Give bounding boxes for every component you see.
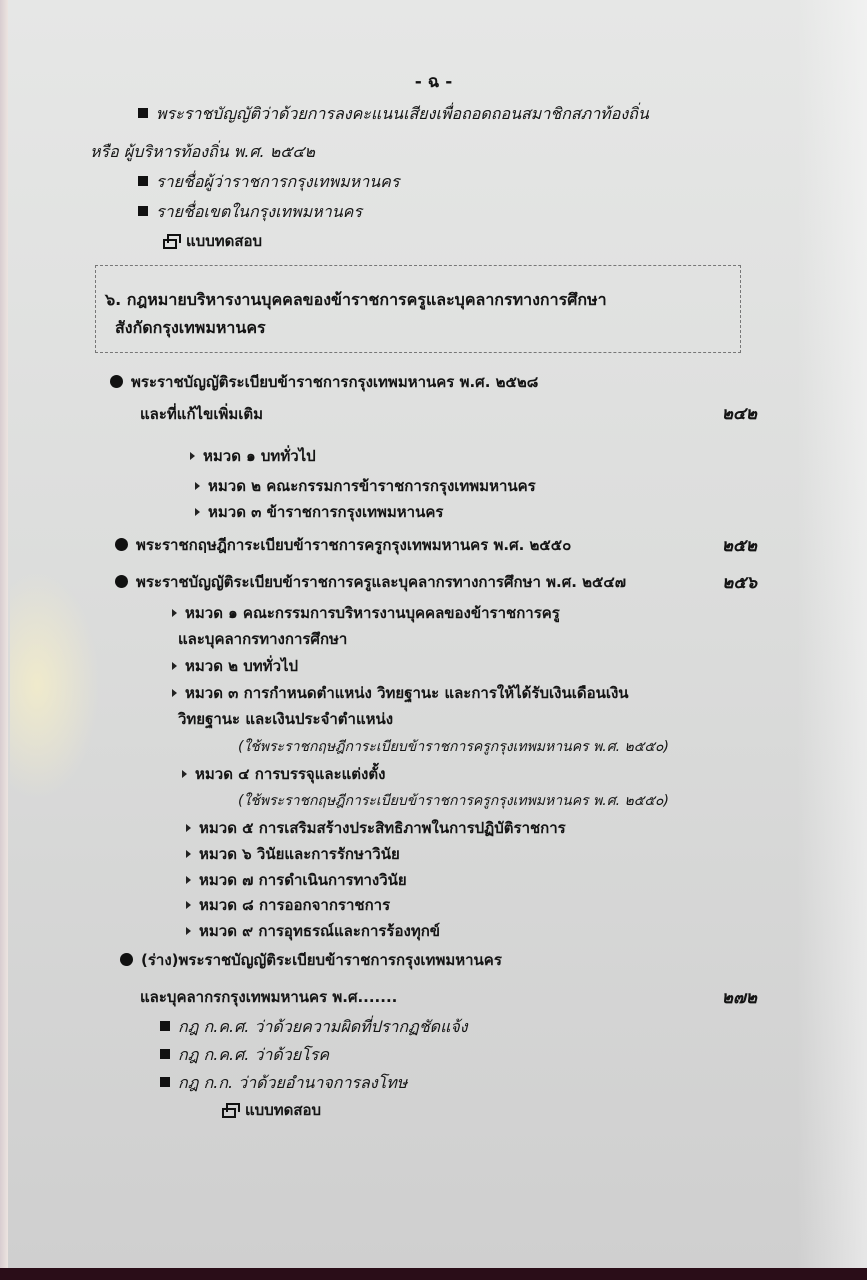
square-bullet-icon (160, 1049, 170, 1059)
section-title: ๖. กฎหมายบริหารงานบุคคลของข้าราชการครูแล… (105, 288, 607, 313)
triangle-bullet-icon (172, 689, 177, 697)
toc-entry[interactable]: พระราชกฤษฎีการะเบียบข้าราชการครูกรุงเทพม… (115, 533, 571, 557)
toc-entry-title: (ร่าง)พระราชบัญญัติระเบียบข้าราชการกรุงเ… (141, 951, 502, 969)
chapter-item[interactable]: หมวด ๖ วินัยและการรักษาวินัย (186, 842, 400, 866)
sub-item[interactable]: กฎ ก.ค.ศ. ว่าด้วยความผิดที่ปรากฏชัดแจ้ง (160, 1015, 468, 1040)
chapter-text: หมวด ๗ การดำเนินการทางวินัย (199, 871, 407, 889)
toc-item[interactable]: รายชื่อผู้ว่าราชการกรุงเทพมหานคร (138, 170, 399, 195)
triangle-bullet-icon (186, 876, 191, 884)
triangle-bullet-icon (186, 824, 191, 832)
triangle-bullet-icon (186, 927, 191, 935)
square-bullet-icon (160, 1021, 170, 1031)
chapter-text: หมวด ๘ การออกจากราชการ (199, 896, 390, 914)
chapter-text: หมวด ๒ บททั่วไป (185, 657, 298, 675)
toc-entry-continuation: และที่แก้ไขเพิ่มเติม (140, 402, 263, 426)
circle-bullet-icon (110, 375, 123, 388)
section-title-continuation: สังกัดกรุงเทพมหานคร (115, 316, 266, 341)
toc-entry-title: พระราชบัญญัติระเบียบข้าราชการครูและบุคลา… (136, 573, 626, 591)
chapter-item[interactable]: หมวด ๒ บททั่วไป (172, 654, 298, 678)
chapter-item[interactable]: หมวด ๓ การกำหนดตำแหน่ง วิทยฐานะ และการให… (172, 681, 629, 705)
toc-entry-title: พระราชกฤษฎีการะเบียบข้าราชการครูกรุงเทพม… (136, 536, 571, 554)
triangle-bullet-icon (190, 452, 195, 460)
toc-entry-continuation: และบุคลากรกรุงเทพมหานคร พ.ศ....... (140, 985, 397, 1009)
toc-item-continuation: หรือ ผู้บริหารท้องถิ่น พ.ศ. ๒๕๔๒ (90, 140, 315, 165)
sub-item-text: กฎ ก.ก. ว่าด้วยอำนาจการลงโทษ (178, 1073, 407, 1092)
chapter-text: หมวด ๙ การอุทธรณ์และการร้องทุกข์ (199, 922, 440, 940)
page-number: ๒๕๖ (722, 569, 757, 596)
chapter-item[interactable]: หมวด ๑ บททั่วไป (190, 444, 316, 468)
quiz-link[interactable]: แบบทดสอบ (222, 1098, 321, 1122)
toc-item[interactable]: รายชื่อเขตในกรุงเทพมหานคร (138, 200, 362, 225)
toc-item[interactable]: พระราชบัญญัติว่าด้วยการลงคะแนนเสียงเพื่อ… (138, 102, 649, 127)
triangle-bullet-icon (172, 609, 177, 617)
chapter-item[interactable]: หมวด ๑ คณะกรรมการบริหารงานบุคคลของข้าราช… (172, 601, 560, 625)
chapter-item[interactable]: หมวด ๒ คณะกรรมการข้าราชการกรุงเทพมหานคร (195, 474, 536, 498)
sub-item-text: กฎ ก.ค.ศ. ว่าด้วยความผิดที่ปรากฏชัดแจ้ง (178, 1017, 468, 1036)
toc-item-text: พระราชบัญญัติว่าด้วยการลงคะแนนเสียงเพื่อ… (156, 104, 649, 123)
quiz-window-icon (222, 1103, 237, 1116)
page-marker: - ฉ - (0, 68, 867, 95)
square-bullet-icon (160, 1077, 170, 1087)
square-bullet-icon (138, 206, 148, 216)
sub-item-text: กฎ ก.ค.ศ. ว่าด้วยโรค (178, 1045, 329, 1064)
quiz-window-icon (163, 234, 178, 247)
toc-entry[interactable]: พระราชบัญญัติระเบียบข้าราชการครูและบุคลา… (115, 570, 626, 594)
circle-bullet-icon (115, 575, 128, 588)
toc-entry[interactable]: พระราชบัญญัติระเบียบข้าราชการกรุงเทพมหาน… (110, 370, 538, 394)
sub-item[interactable]: กฎ ก.ค.ศ. ว่าด้วยโรค (160, 1043, 329, 1068)
chapter-note: (ใช้พระราชกฤษฎีการะเบียบข้าราชการครูกรุง… (238, 736, 669, 758)
quiz-label: แบบทดสอบ (245, 1101, 321, 1119)
chapter-item[interactable]: หมวด ๙ การอุทธรณ์และการร้องทุกข์ (186, 919, 440, 943)
triangle-bullet-icon (186, 901, 191, 909)
circle-bullet-icon (120, 953, 133, 966)
triangle-bullet-icon (195, 508, 200, 516)
chapter-item[interactable]: หมวด ๕ การเสริมสร้างประสิทธิภาพในการปฏิบ… (186, 816, 566, 840)
chapter-continuation: วิทยฐานะ และเงินประจำตำแหน่ง (178, 707, 393, 731)
chapter-text: หมวด ๓ ข้าราชการกรุงเทพมหานคร (208, 503, 443, 521)
page-number: ๒๕๒ (722, 532, 757, 559)
toc-entry[interactable]: (ร่าง)พระราชบัญญัติระเบียบข้าราชการกรุงเ… (120, 948, 502, 972)
chapter-note: (ใช้พระราชกฤษฎีการะเบียบข้าราชการครูกรุง… (238, 790, 669, 812)
chapter-item[interactable]: หมวด ๔ การบรรจุและแต่งตั้ง (182, 762, 385, 786)
toc-entry-title: พระราชบัญญัติระเบียบข้าราชการกรุงเทพมหาน… (131, 373, 538, 391)
square-bullet-icon (138, 176, 148, 186)
light-glare (10, 570, 100, 800)
page-number: ๒๗๒ (722, 984, 757, 1011)
triangle-bullet-icon (182, 770, 187, 778)
chapter-item[interactable]: หมวด ๗ การดำเนินการทางวินัย (186, 868, 407, 892)
chapter-text: หมวด ๕ การเสริมสร้างประสิทธิภาพในการปฏิบ… (199, 819, 566, 837)
chapter-text: หมวด ๓ การกำหนดตำแหน่ง วิทยฐานะ และการให… (185, 684, 629, 702)
chapter-text: หมวด ๔ การบรรจุและแต่งตั้ง (195, 765, 385, 783)
quiz-label: แบบทดสอบ (186, 232, 262, 250)
circle-bullet-icon (115, 538, 128, 551)
square-bullet-icon (138, 108, 148, 118)
chapter-item[interactable]: หมวด ๘ การออกจากราชการ (186, 893, 390, 917)
quiz-link[interactable]: แบบทดสอบ (163, 229, 262, 253)
sub-item[interactable]: กฎ ก.ก. ว่าด้วยอำนาจการลงโทษ (160, 1071, 407, 1096)
chapter-text: หมวด ๒ คณะกรรมการข้าราชการกรุงเทพมหานคร (208, 477, 536, 495)
triangle-bullet-icon (195, 482, 200, 490)
chapter-continuation: และบุคลากรทางการศึกษา (178, 627, 347, 651)
triangle-bullet-icon (186, 850, 191, 858)
toc-item-text: รายชื่อผู้ว่าราชการกรุงเทพมหานคร (156, 172, 399, 191)
chapter-text: หมวด ๖ วินัยและการรักษาวินัย (199, 845, 400, 863)
toc-item-text: รายชื่อเขตในกรุงเทพมหานคร (156, 202, 362, 221)
chapter-text: หมวด ๑ คณะกรรมการบริหารงานบุคคลของข้าราช… (185, 604, 560, 622)
chapter-text: หมวด ๑ บททั่วไป (203, 447, 316, 465)
document-page: - ฉ - พระราชบัญญัติว่าด้วยการลงคะแนนเสีย… (0, 0, 867, 1268)
page-number: ๒๔๒ (722, 400, 757, 427)
triangle-bullet-icon (172, 662, 177, 670)
chapter-item[interactable]: หมวด ๓ ข้าราชการกรุงเทพมหานคร (195, 500, 443, 524)
